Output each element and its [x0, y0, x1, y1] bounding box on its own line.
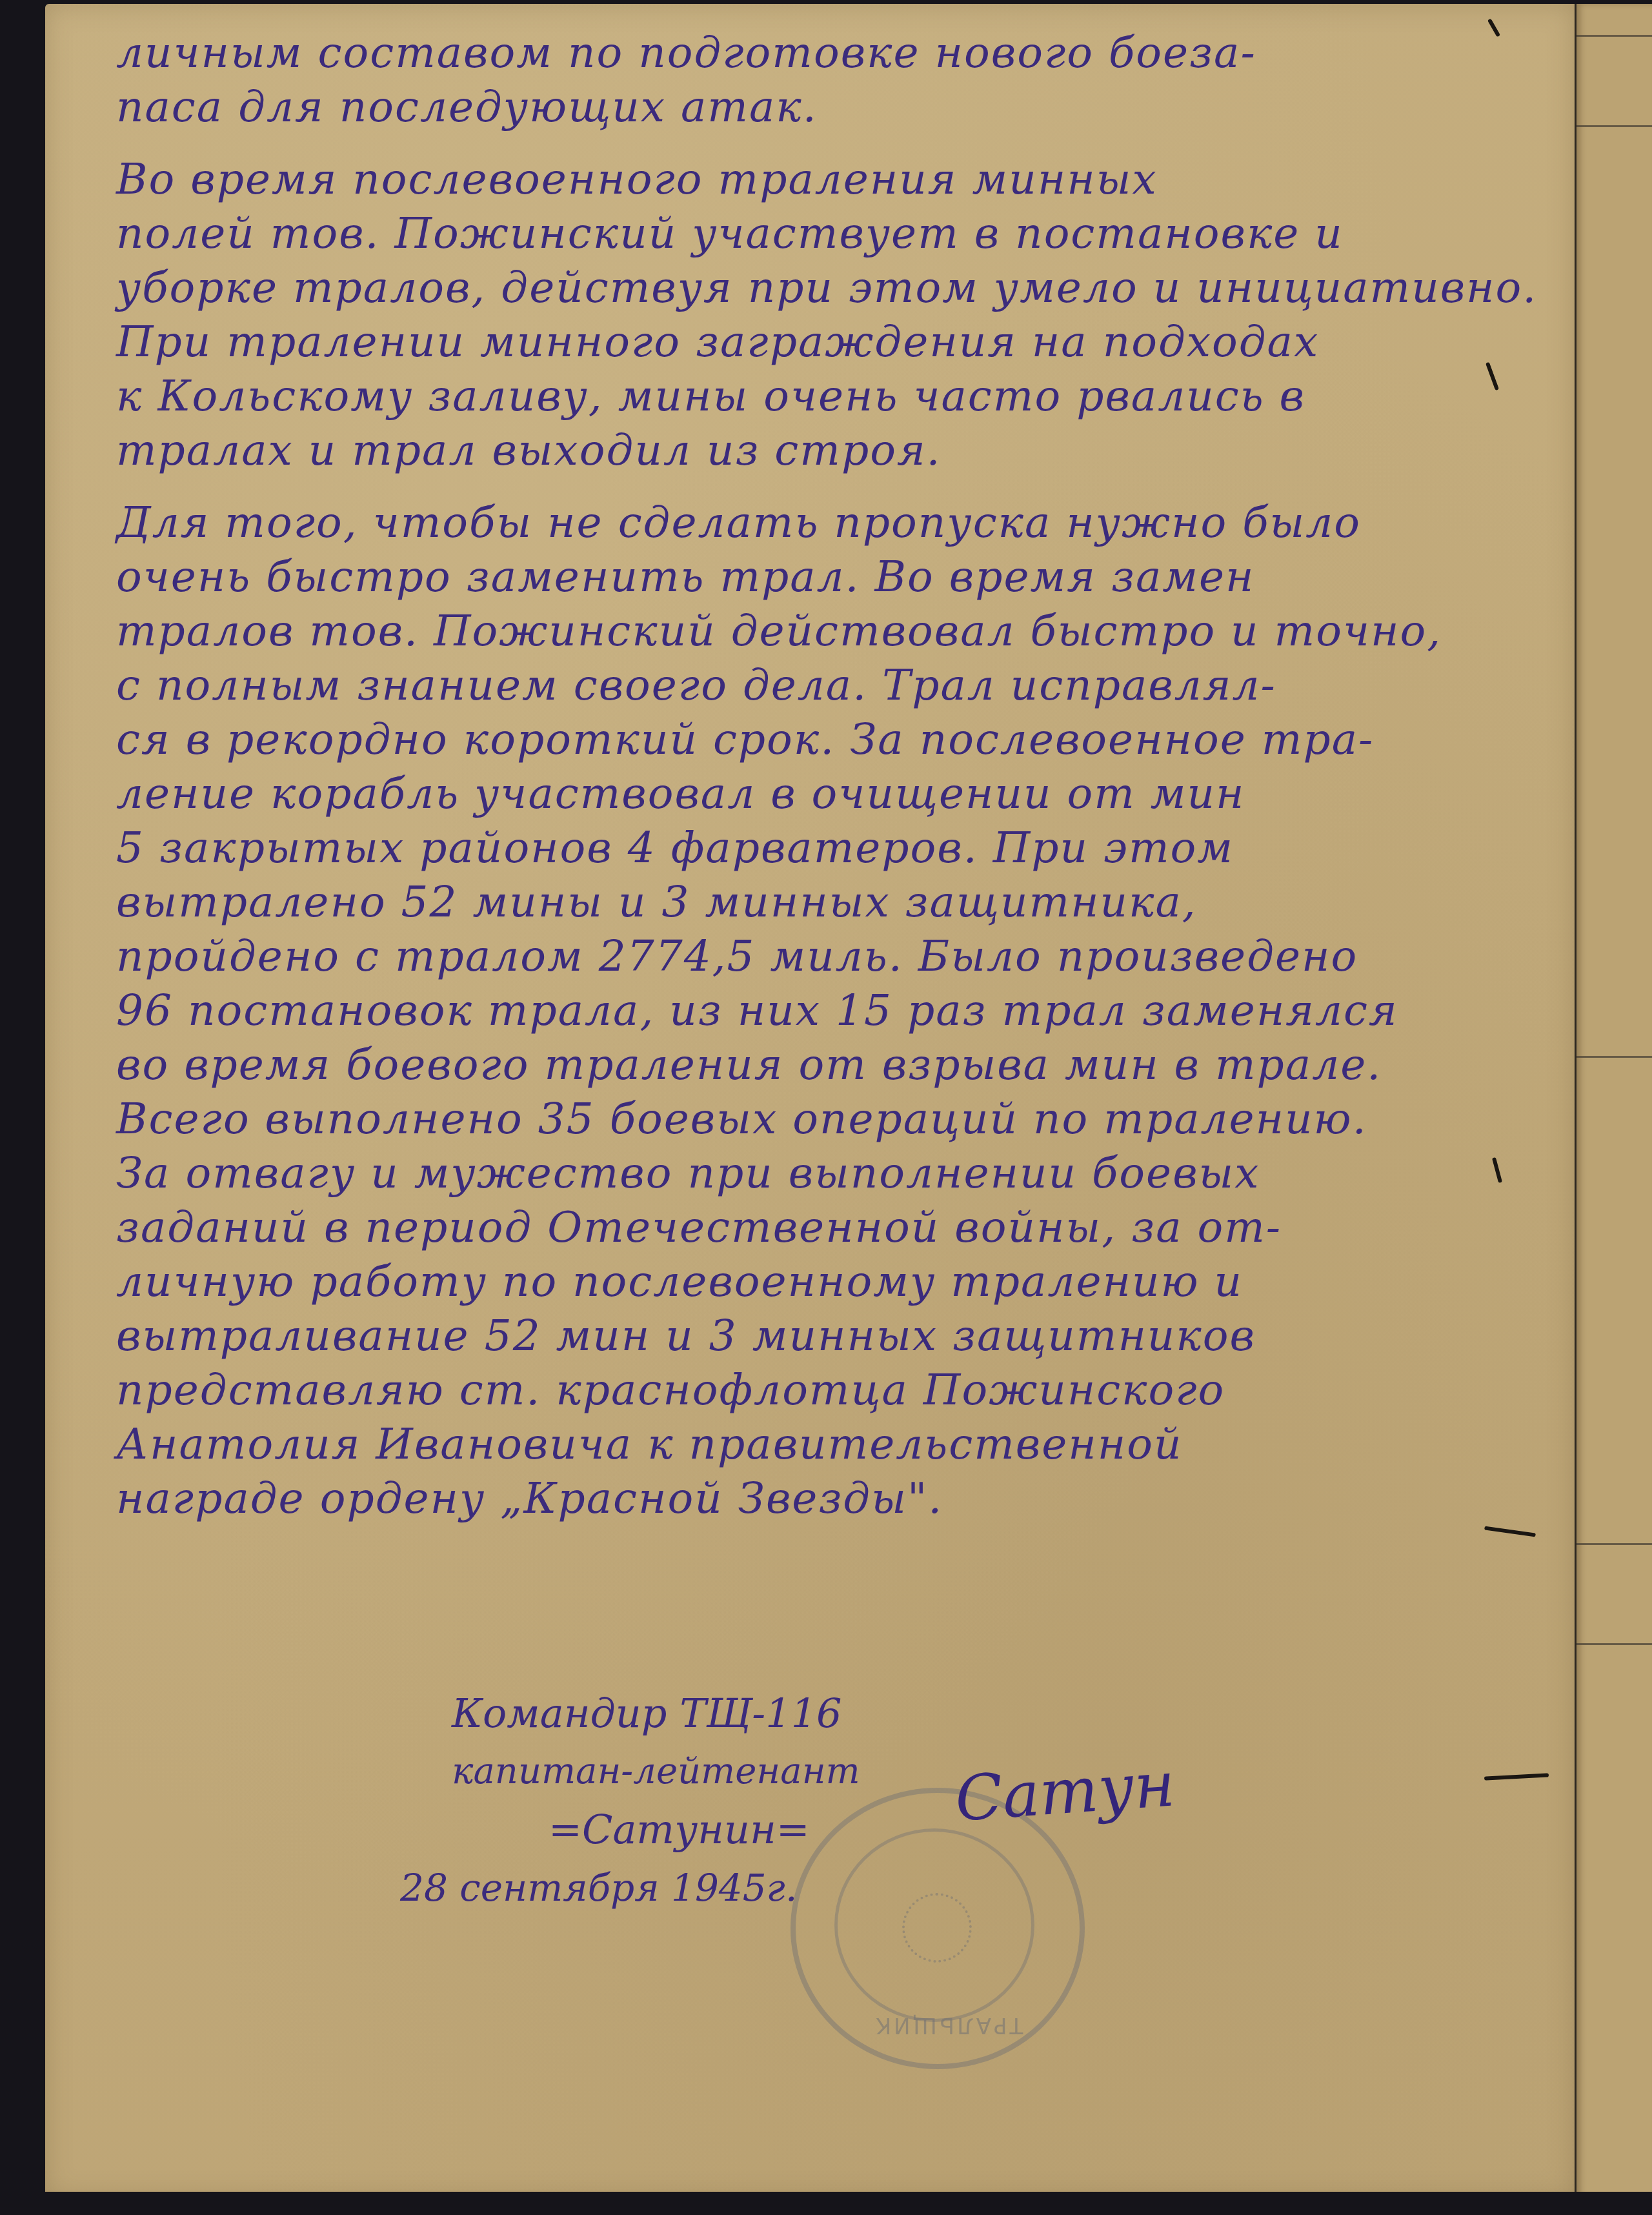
signatory-name: =Сатунин= — [549, 1801, 860, 1859]
text-line: вытралено 52 мины и 3 минных защитника, — [116, 875, 1562, 929]
document-date: 28 сентября 1945г. — [400, 1859, 860, 1917]
text-line: вытраливание 52 мин и 3 минных защитнико… — [116, 1309, 1562, 1363]
ruled-line — [1576, 1543, 1652, 1545]
ruled-line — [1576, 35, 1652, 37]
signatory-title: Командир ТЩ-116 — [452, 1684, 860, 1743]
text-line: представляю ст. краснофлотца Пожинского — [116, 1363, 1562, 1417]
seal-text: ТРАЛЬЩИК — [873, 2012, 1023, 2038]
text-line: ление корабль участвовал в очищении от м… — [116, 767, 1562, 821]
ruled-line — [1576, 1056, 1652, 1058]
text-line: Во время послевоенного траления минных — [116, 152, 1562, 207]
text-line: во время боевого траления от взрыва мин … — [116, 1038, 1562, 1092]
handwritten-signature: Сатун — [953, 1748, 1178, 1835]
text-line: тралов тов. Пожинский действовал быстро … — [116, 604, 1562, 658]
document-scan: личным составом по подготовке нового бое… — [0, 0, 1652, 2215]
text-line: При тралении минного заграждения на подх… — [116, 315, 1562, 369]
text-line: полей тов. Пожинский участвует в постано… — [116, 207, 1562, 261]
text-line: За отвагу и мужество при выполнении боев… — [116, 1146, 1562, 1200]
text-line: Для того, чтобы не сделать пропуска нужн… — [116, 496, 1562, 550]
text-line: уборке тралов, действуя при этом умело и… — [116, 261, 1562, 315]
adjacent-page-strip — [1575, 4, 1652, 2198]
text-line: ся в рекордно короткий срок. За послевое… — [116, 713, 1562, 767]
text-line: 5 закрытых районов 4 фарватеров. При это… — [116, 821, 1562, 875]
text-line: Анатолия Ивановича к правительственной — [116, 1417, 1562, 1472]
text-line: Всего выполнено 35 боевых операций по тр… — [116, 1092, 1562, 1146]
scan-background-edge — [0, 2192, 1652, 2215]
text-line: очень быстро заменить трал. Во время зам… — [116, 550, 1562, 604]
text-line: паса для последующих атак. — [116, 80, 1562, 134]
text-line: с полным знанием своего дела. Трал испра… — [116, 658, 1562, 713]
text-line: награде ордену „Красной Звезды". — [116, 1472, 1562, 1526]
signature-block: Командир ТЩ-116 капитан-лейтенант =Сатун… — [400, 1684, 860, 1917]
ruled-line — [1576, 1643, 1652, 1645]
text-line: личным составом по подготовке нового бое… — [116, 26, 1562, 80]
text-line: тралах и трал выходил из строя. — [116, 423, 1562, 478]
text-line: к Кольскому заливу, мины очень часто рва… — [116, 369, 1562, 423]
signatory-rank: капитан-лейтенант — [452, 1743, 860, 1801]
document-body: личным составом по подготовке нового бое… — [116, 26, 1562, 1526]
text-line: заданий в период Отечественной войны, за… — [116, 1200, 1562, 1255]
text-line: пройдено с тралом 2774,5 миль. Было прои… — [116, 929, 1562, 984]
seal-inner-ring — [834, 1828, 1034, 2022]
text-line: 96 постановок трала, из них 15 раз трал … — [116, 984, 1562, 1038]
text-line: личную работу по послевоенному тралению … — [116, 1255, 1562, 1309]
ruled-line — [1576, 125, 1652, 127]
state-emblem-icon — [902, 1893, 972, 1963]
